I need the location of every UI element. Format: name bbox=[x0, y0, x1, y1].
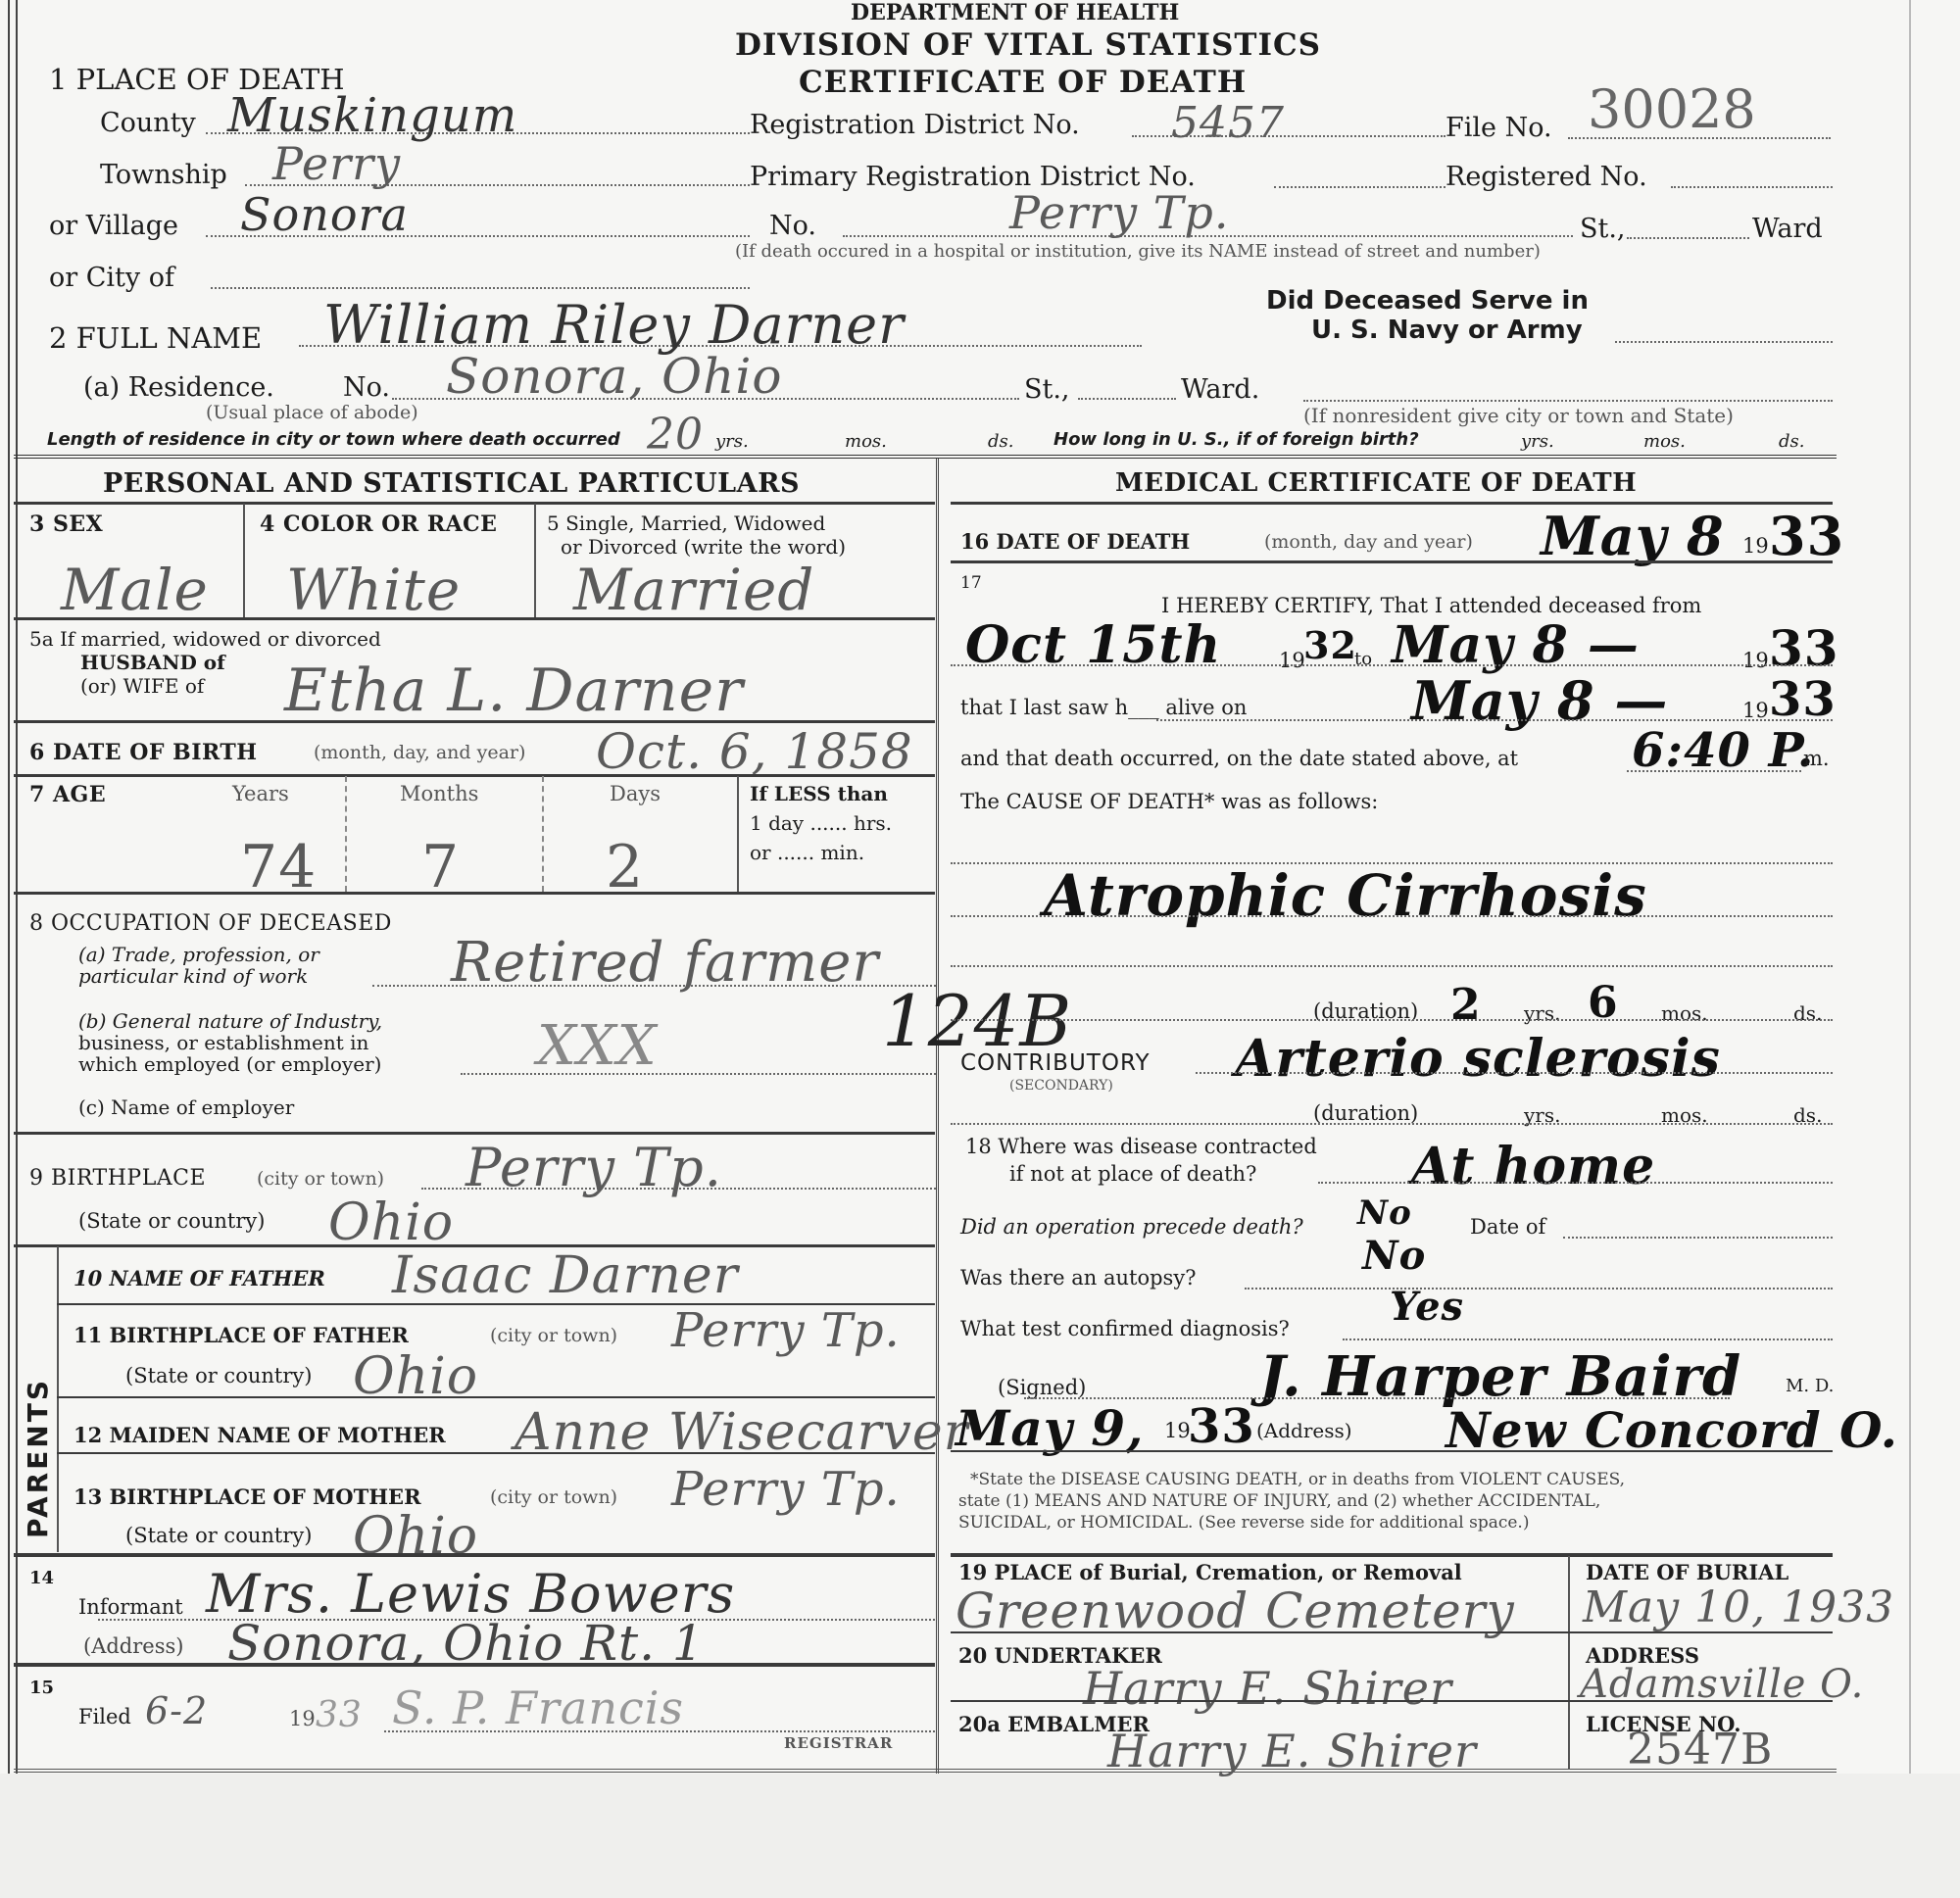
duration-years: 2 bbox=[1450, 980, 1482, 1030]
parents-side-label: PARENTS bbox=[14, 1313, 53, 1548]
where-contracted-value: At home bbox=[1411, 1137, 1655, 1196]
mother-state-label: (State or country) bbox=[125, 1524, 312, 1547]
age-months-label: Months bbox=[400, 782, 478, 805]
secondary-label: (SECONDARY) bbox=[1009, 1078, 1113, 1094]
length-of-residence-label: Length of residence in city or town wher… bbox=[47, 429, 620, 450]
father-name-value: Isaac Darner bbox=[392, 1246, 739, 1305]
mother-birthplace-city: Perry Tp. bbox=[671, 1462, 901, 1517]
registration-district-value: 5457 bbox=[1171, 98, 1285, 148]
death-certificate: DEPARTMENT OF HEALTH DIVISION OF VITAL S… bbox=[0, 0, 1960, 1898]
duration-mos-label: mos. bbox=[1661, 1001, 1708, 1025]
filed-number: 15 bbox=[29, 1678, 54, 1698]
informant-address-label: (Address) bbox=[83, 1634, 183, 1658]
occupation-a-label-1: (a) Trade, profession, or bbox=[78, 943, 319, 966]
informant-number: 14 bbox=[29, 1568, 54, 1588]
filed-year-prefix: 19 bbox=[289, 1707, 316, 1730]
cause-of-death-value: Atrophic Cirrhosis bbox=[1044, 862, 1647, 929]
autopsy-value: No bbox=[1362, 1233, 1426, 1279]
attended-to-year: 33 bbox=[1769, 619, 1839, 677]
birthplace-hint: (city or town) bbox=[257, 1168, 384, 1190]
birthplace-state-label: (State or country) bbox=[78, 1209, 265, 1233]
department-heading: DEPARTMENT OF HEALTH bbox=[851, 0, 1179, 25]
residence-st-label: St., bbox=[1024, 374, 1070, 405]
registered-number-label: Registered No. bbox=[1445, 162, 1647, 192]
filed-year: 33 bbox=[316, 1695, 363, 1735]
file-number-value: 30028 bbox=[1588, 78, 1756, 140]
medical-section-title: MEDICAL CERTIFICATE OF DEATH bbox=[1115, 468, 1637, 498]
residence-label: (a) Residence. bbox=[83, 372, 274, 403]
foreign-birth-label: How long in U. S., if of foreign birth? bbox=[1053, 429, 1419, 450]
spouse-label-2: HUSBAND of bbox=[80, 651, 225, 674]
father-birthplace-city: Perry Tp. bbox=[671, 1303, 901, 1358]
undertaker-value: Harry E. Shirer bbox=[1083, 1662, 1452, 1715]
age-days-label: Days bbox=[610, 782, 661, 805]
industry-value: XXX bbox=[537, 1014, 658, 1078]
last-saw-label: that I last saw h___ alive on bbox=[960, 696, 1247, 719]
signed-date: May 9, bbox=[955, 1399, 1144, 1457]
operation-label: Did an operation precede death? bbox=[960, 1215, 1303, 1239]
occupation-b-label-2: business, or establishment in bbox=[78, 1031, 368, 1054]
md-label: M. D. bbox=[1786, 1376, 1834, 1396]
item-17-number: 17 bbox=[960, 573, 982, 593]
street-st-label: St., bbox=[1580, 214, 1626, 244]
registrar-signature: S. P. Francis bbox=[392, 1681, 684, 1734]
test-confirmed-value: Yes bbox=[1390, 1284, 1464, 1330]
county-label: County bbox=[100, 108, 196, 138]
race-label: 4 COLOR OR RACE bbox=[260, 511, 497, 537]
operation-value: No bbox=[1357, 1193, 1412, 1233]
length-of-residence-years: 20 bbox=[647, 410, 704, 460]
date-of-death-hint: (month, day and year) bbox=[1264, 531, 1473, 553]
city-label: or City of bbox=[49, 263, 174, 293]
bottom-margin bbox=[0, 1774, 1960, 1898]
dob-value: Oct. 6, 1858 bbox=[596, 723, 913, 780]
full-name-value: William Riley Darner bbox=[323, 294, 905, 356]
village-value: Sonora bbox=[240, 188, 409, 241]
less-than-label-2: 1 day ...... hrs. bbox=[750, 811, 892, 835]
length-mos-label: mos. bbox=[845, 431, 887, 452]
father-name-label: 10 NAME OF FATHER bbox=[73, 1266, 325, 1290]
spouse-label-1: 5a If married, widowed or divorced bbox=[29, 627, 381, 651]
spouse-value: Etha L. Darner bbox=[284, 657, 744, 725]
autopsy-label: Was there an autopsy? bbox=[960, 1266, 1196, 1290]
certify-text: I HEREBY CERTIFY, That I attended deceas… bbox=[1161, 594, 1701, 617]
marital-label-2: or Divorced (write the word) bbox=[561, 535, 846, 559]
occupation-value: Retired farmer bbox=[451, 931, 879, 995]
street-value: Perry Tp. bbox=[1009, 186, 1229, 239]
township-label: Township bbox=[100, 160, 227, 190]
right-edge bbox=[1909, 0, 1915, 1898]
less-than-label-1: If LESS than bbox=[750, 782, 888, 805]
contributory-value: Arterio sclerosis bbox=[1235, 1029, 1721, 1089]
footnote-line-3: SUICIDAL, or HOMICIDAL. (See reverse sid… bbox=[958, 1513, 1529, 1533]
age-label: 7 AGE bbox=[29, 782, 106, 807]
where-contracted-label-1: 18 Where was disease contracted bbox=[965, 1135, 1317, 1158]
mother-state-value: Ohio bbox=[353, 1507, 478, 1566]
time-of-death-label: and that death occurred, on the date sta… bbox=[960, 747, 1518, 770]
cause-of-death-label: The CAUSE OF DEATH* was as follows: bbox=[960, 790, 1378, 813]
length-yrs-label: yrs. bbox=[715, 431, 749, 452]
registration-district-label: Registration District No. bbox=[750, 110, 1080, 140]
abode-note: (Usual place of abode) bbox=[206, 402, 418, 423]
date-of-death-year-prefix: 19 bbox=[1742, 534, 1769, 558]
marital-value: Married bbox=[573, 557, 814, 623]
foreign-yrs-label: yrs. bbox=[1521, 431, 1554, 452]
physician-address-label: (Address) bbox=[1256, 1419, 1352, 1442]
birthplace-city-value: Perry Tp. bbox=[465, 1137, 722, 1198]
time-suffix: m. bbox=[1803, 747, 1830, 770]
occupation-label: 8 OCCUPATION OF DECEASED bbox=[29, 911, 392, 936]
mother-maiden-label: 12 MAIDEN NAME OF MOTHER bbox=[73, 1423, 446, 1447]
residence-value: Sonora, Ohio bbox=[446, 348, 782, 405]
signed-year-prefix: 19 bbox=[1164, 1419, 1191, 1442]
sex-value: Male bbox=[61, 557, 209, 623]
test-confirmed-label: What test confirmed diagnosis? bbox=[960, 1317, 1290, 1340]
operation-date-label: Date of bbox=[1470, 1215, 1545, 1239]
length-ds-label: ds. bbox=[988, 431, 1013, 452]
date-of-death-value: May 8 bbox=[1541, 505, 1725, 567]
occupation-a-label-2: particular kind of work bbox=[78, 964, 308, 988]
embalmer-value: Harry E. Shirer bbox=[1107, 1725, 1477, 1777]
spouse-label-3: (or) WIFE of bbox=[80, 674, 204, 698]
foreign-mos-label: mos. bbox=[1643, 431, 1686, 452]
duration2-label: (duration) bbox=[1313, 1101, 1418, 1125]
informant-label: Informant bbox=[78, 1595, 183, 1619]
footnote-line-2: state (1) MEANS AND NATURE OF INJURY, an… bbox=[958, 1491, 1600, 1511]
residence-ward-label: Ward. bbox=[1181, 374, 1259, 405]
birthplace-state-value: Ohio bbox=[328, 1193, 454, 1252]
father-birthplace-hint: (city or town) bbox=[490, 1325, 617, 1346]
age-years-label: Years bbox=[232, 782, 289, 805]
foreign-ds-label: ds. bbox=[1779, 431, 1804, 452]
attended-from-year: 32 bbox=[1303, 623, 1357, 667]
marital-label-1: 5 Single, Married, Widowed bbox=[547, 511, 825, 535]
county-value: Muskingum bbox=[227, 88, 517, 143]
mother-birthplace-hint: (city or town) bbox=[490, 1486, 617, 1508]
attended-to-year-prefix: 19 bbox=[1742, 649, 1769, 672]
file-number-label: File No. bbox=[1445, 113, 1552, 143]
contributory-label: CONTRIBUTORY bbox=[960, 1050, 1151, 1076]
father-birthplace-label: 11 BIRTHPLACE OF FATHER bbox=[73, 1323, 409, 1347]
personal-section-title: PERSONAL AND STATISTICAL PARTICULARS bbox=[103, 468, 800, 499]
street-number-label: No. bbox=[769, 211, 816, 241]
signed-label: (Signed) bbox=[998, 1376, 1086, 1399]
physician-signature: J. Harper Baird bbox=[1259, 1344, 1741, 1409]
residence-no-label: No. bbox=[343, 372, 390, 403]
burial-place-label: 19 PLACE of Burial, Cremation, or Remova… bbox=[958, 1560, 1462, 1584]
hospital-note: (If death occured in a hospital or insti… bbox=[735, 241, 1541, 262]
duration-ds-label: ds. bbox=[1793, 1001, 1822, 1025]
dob-label: 6 DATE OF BIRTH bbox=[29, 740, 258, 765]
employer-label: (c) Name of employer bbox=[78, 1095, 294, 1119]
certificate-title: CERTIFICATE OF DEATH bbox=[799, 65, 1247, 100]
registrar-label: REGISTRAR bbox=[784, 1734, 893, 1752]
military-label-1: Did Deceased Serve in bbox=[1266, 286, 1589, 316]
burial-date-value: May 10, 1933 bbox=[1583, 1582, 1894, 1632]
birthplace-label: 9 BIRTHPLACE bbox=[29, 1166, 206, 1191]
date-of-death-year: 33 bbox=[1769, 505, 1844, 567]
footnote-line-1: *State the DISEASE CAUSING DEATH, or in … bbox=[970, 1470, 1625, 1489]
duration-yrs-label: yrs. bbox=[1524, 1001, 1560, 1025]
where-contracted-label-2: if not at place of death? bbox=[1009, 1162, 1256, 1186]
filed-date: 6-2 bbox=[145, 1689, 208, 1732]
date-of-death-label: 16 DATE OF DEATH bbox=[960, 529, 1190, 554]
full-name-label: 2 FULL NAME bbox=[49, 321, 262, 355]
father-state-label: (State or country) bbox=[125, 1364, 312, 1387]
signed-year: 33 bbox=[1188, 1399, 1255, 1454]
mother-birthplace-label: 13 BIRTHPLACE OF MOTHER bbox=[73, 1484, 421, 1509]
burial-date-label: DATE OF BURIAL bbox=[1586, 1560, 1788, 1584]
sex-label: 3 SEX bbox=[29, 511, 103, 537]
dob-hint: (month, day, and year) bbox=[314, 742, 525, 763]
military-label-2: U. S. Navy or Army bbox=[1311, 316, 1583, 345]
occupation-b-label-1: (b) General nature of Industry, bbox=[78, 1009, 382, 1033]
occupation-b-label-3: which employed (or employer) bbox=[78, 1052, 381, 1076]
race-value: White bbox=[286, 557, 461, 623]
village-label: or Village bbox=[49, 211, 178, 241]
license-number-value: 2547B bbox=[1627, 1725, 1773, 1775]
division-heading: DIVISION OF VITAL STATISTICS bbox=[735, 27, 1321, 63]
last-saw-date: May 8 — bbox=[1411, 669, 1668, 732]
less-than-label-3: or ...... min. bbox=[750, 841, 864, 864]
township-value: Perry bbox=[272, 137, 401, 190]
ward-label: Ward bbox=[1752, 214, 1823, 244]
attended-from-year-prefix: 19 bbox=[1279, 649, 1305, 672]
filed-label: Filed bbox=[78, 1705, 131, 1728]
nonresident-note: (If nonresident give city or town and St… bbox=[1303, 404, 1734, 427]
